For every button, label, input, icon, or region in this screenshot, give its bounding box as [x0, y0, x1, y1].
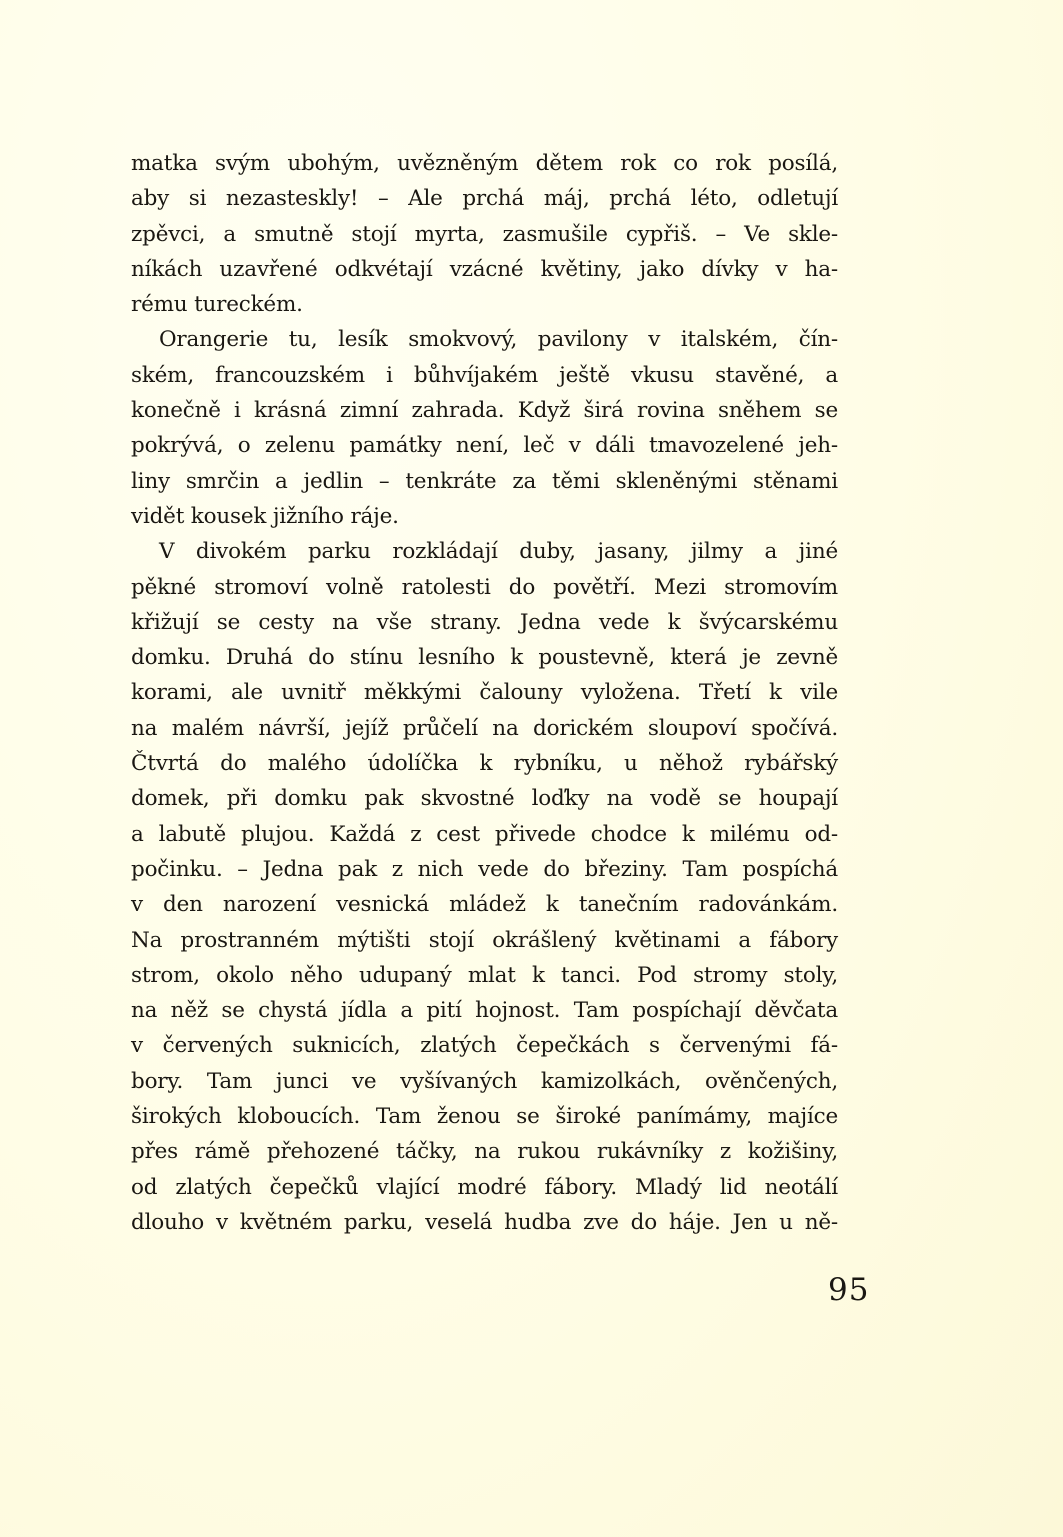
text-line: Na prostranném mýtišti stojí okrášlený k…: [131, 923, 838, 958]
text-line: domku. Druhá do stínu lesního k poustevn…: [131, 640, 838, 675]
text-line: vidět kousek jižního ráje.: [131, 499, 838, 534]
paragraph-2: Orangerie tu, lesík smokvový, pavilony v…: [131, 322, 838, 534]
text-line: aby si nezasteskly! – Ale prchá máj, prc…: [131, 181, 838, 216]
text-line: na malém návrší, jejíž průčelí na dorick…: [131, 711, 838, 746]
text-line: domek, při domku pak skvostné loďky na v…: [131, 781, 838, 816]
text-line: a labutě plujou. Každá z cest přivede ch…: [131, 817, 838, 852]
text-line: ském, francouzském i bůhvíjakém ještě vk…: [131, 358, 838, 393]
text-line: širokých kloboucích. Tam ženou se široké…: [131, 1099, 838, 1134]
book-page: matka svým ubohým, uvězněným dětem rok c…: [0, 0, 1063, 1537]
text-line: matka svým ubohým, uvězněným dětem rok c…: [131, 146, 838, 181]
text-line: v den narození vesnická mládež k taneční…: [131, 887, 838, 922]
page-number: 95: [828, 1272, 869, 1308]
text-line: bory. Tam junci ve vyšívaných kamizolkác…: [131, 1064, 838, 1099]
text-line: Orangerie tu, lesík smokvový, pavilony v…: [131, 322, 838, 357]
text-line: korami, ale uvnitř měkkými čalouny vylož…: [131, 675, 838, 710]
text-line: přes rámě přehozené táčky, na rukou ruká…: [131, 1134, 838, 1169]
text-line: konečně i krásná zimní zahrada. Když šir…: [131, 393, 838, 428]
text-line: pokrývá, o zelenu památky není, leč v dá…: [131, 428, 838, 463]
text-line: Čtvrtá do malého údolíčka k rybníku, u n…: [131, 746, 838, 781]
text-line: rému tureckém.: [131, 287, 838, 322]
text-line: níkách uzavřené odkvétají vzácné květiny…: [131, 252, 838, 287]
text-line: křižují se cesty na vše strany. Jedna ve…: [131, 605, 838, 640]
text-line: v červených suknicích, zlatých čepečkách…: [131, 1028, 838, 1063]
paragraph-3: V divokém parku rozkládají duby, jasany,…: [131, 534, 838, 1240]
text-line: liny smrčin a jedlin – tenkráte za těmi …: [131, 464, 838, 499]
text-line: zpěvci, a smutně stojí myrta, zasmušile …: [131, 217, 838, 252]
text-line: počinku. – Jedna pak z nich vede do břez…: [131, 852, 838, 887]
text-line: strom, okolo něho udupaný mlat k tanci. …: [131, 958, 838, 993]
text-line: na něž se chystá jídla a pití hojnost. T…: [131, 993, 838, 1028]
text-line: dlouho v květném parku, veselá hudba zve…: [131, 1205, 838, 1240]
text-line: V divokém parku rozkládají duby, jasany,…: [131, 534, 838, 569]
text-line: od zlatých čepečků vlající modré fábory.…: [131, 1170, 838, 1205]
paragraph-1: matka svým ubohým, uvězněným dětem rok c…: [131, 146, 838, 322]
body-text: matka svým ubohým, uvězněným dětem rok c…: [131, 146, 838, 1240]
text-line: pěkné stromoví volně ratolesti do povětř…: [131, 570, 838, 605]
